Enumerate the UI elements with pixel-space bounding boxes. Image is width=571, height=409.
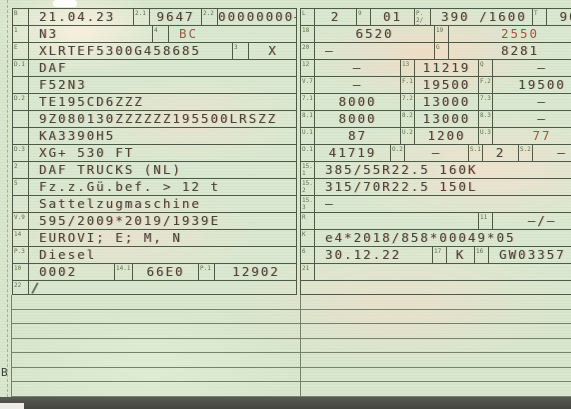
- table-row: 630.12.2217K16GW03357: [301, 247, 571, 264]
- field-value: Sattelzugmaschine: [29, 196, 297, 212]
- table-row: 1N34BC: [13, 26, 296, 43]
- field-label: 7.3: [479, 94, 493, 110]
- field-value: 2: [315, 9, 357, 25]
- field-value: 90: [547, 9, 571, 25]
- table-row: 12–1311219Q–: [301, 60, 571, 77]
- field-value: –: [493, 60, 571, 76]
- table-row: Ke4*2018/858*00049*05: [301, 230, 571, 247]
- field-value: 12902: [215, 264, 297, 280]
- scan-edge-shadow: [0, 397, 571, 409]
- vehicle-data-table-right: L2901P.2/P.4390 /1600T9018652019255020–G…: [300, 8, 571, 281]
- table-row: 8.180008.2130008.3–: [301, 111, 571, 128]
- field-label: T: [533, 9, 547, 25]
- field-value: 00000000–: [218, 9, 297, 25]
- ruled-line-row: [12, 295, 571, 310]
- field-label: 19: [435, 26, 449, 42]
- field-value: DAF TRUCKS (NL): [29, 162, 297, 178]
- field-label: B: [13, 9, 29, 25]
- table-row: V.7–F.119500F.219500: [301, 77, 571, 94]
- field-value: 6520: [315, 26, 435, 42]
- field-value: [315, 264, 571, 280]
- field-label: [13, 111, 29, 127]
- table-row: KA3390H5: [13, 128, 296, 145]
- table-row: 20–G8281: [301, 43, 571, 60]
- field-label: Q: [479, 60, 493, 76]
- field-value: 77: [493, 128, 571, 144]
- table-row: O.141719O.2–S.12S.2–: [301, 145, 571, 162]
- table-row: 10000214.166E0P.112902: [13, 264, 296, 281]
- field-label: O.1: [301, 145, 315, 161]
- field-label: 16: [475, 247, 489, 263]
- field-value: F52N3: [29, 77, 297, 93]
- field-value: 9647: [150, 9, 202, 25]
- field-label: U.1: [301, 128, 315, 144]
- ruled-line-row: [12, 310, 571, 325]
- field-label: U.2: [401, 128, 415, 144]
- field-value: 13000: [415, 111, 479, 127]
- field-label: 2.2: [202, 9, 218, 25]
- remarks-row-right: [300, 281, 571, 295]
- field-label: U.3: [479, 128, 493, 144]
- field-value: 390 /1600: [431, 9, 533, 25]
- scan-highlight: [53, 0, 77, 7]
- field-label: 21: [301, 264, 315, 280]
- field-label: S.2: [519, 145, 533, 161]
- field-label: 2.1: [134, 9, 150, 25]
- field-label: 20: [301, 43, 315, 59]
- field-label: [13, 196, 29, 212]
- field-value: 11219: [415, 60, 479, 76]
- field-value: Fz.z.Gü.bef. > 12 t: [29, 179, 297, 195]
- table-row: 5Fz.z.Gü.bef. > 12 t: [13, 179, 296, 196]
- ruled-line-row: [12, 324, 571, 339]
- scan-edge-corner: [0, 403, 24, 409]
- field-value: 8000: [315, 94, 401, 110]
- field-value: DAF: [29, 60, 297, 76]
- table-row: 186520192550: [301, 26, 571, 43]
- field-value: 2550: [449, 26, 571, 42]
- ruled-line-row: [12, 382, 571, 397]
- table-row: 14EUROVI; E; M, N: [13, 230, 296, 247]
- field-value: 66E0: [133, 264, 199, 280]
- field-label: 15.2: [301, 179, 315, 195]
- field-label: F.2: [479, 77, 493, 93]
- field-value: XLRTEF5300G458685: [29, 43, 233, 59]
- field-label: 13: [401, 60, 415, 76]
- field-value: –: [315, 196, 571, 212]
- field-label: R: [301, 213, 315, 229]
- registration-document-scan: B21.04.232.196472.200000000–1N34BCEXLRTE…: [0, 0, 571, 409]
- field-label: 14.1: [115, 264, 133, 280]
- field-label: 2: [13, 162, 29, 178]
- field-label: P.2/P.4: [415, 9, 431, 25]
- field-label: 14: [13, 230, 29, 246]
- field-value: GW03357: [489, 247, 571, 263]
- field-label: L: [301, 9, 315, 25]
- field-label: 15.1: [301, 162, 315, 178]
- field-value: 41719: [315, 145, 391, 161]
- field-label: S.1: [469, 145, 483, 161]
- field-label: 8.1: [301, 111, 315, 127]
- field-value: 9Z080130ZZZZZZ195500LRSZZ: [29, 111, 297, 127]
- field-value: 87: [315, 128, 401, 144]
- field-label: [13, 128, 29, 144]
- field-label: 4: [153, 26, 169, 42]
- field-label: 9: [357, 9, 371, 25]
- field-value: 01: [371, 9, 415, 25]
- field-value: K: [447, 247, 475, 263]
- table-row: 9Z080130ZZZZZZ195500LRSZZ: [13, 111, 296, 128]
- field-label: V.7: [301, 77, 315, 93]
- field-value: XG+ 530 FT: [29, 145, 297, 161]
- table-row: 7.180007.2130007.3–: [301, 94, 571, 111]
- empty-ruled-rows: [11, 295, 571, 397]
- field-label: E: [13, 43, 29, 59]
- ruled-line-row: [12, 368, 571, 383]
- field-label: 11: [479, 213, 493, 229]
- field-label: 1: [13, 26, 29, 42]
- table-row: D.3XG+ 530 FT: [13, 145, 296, 162]
- field-value: 19500: [415, 77, 479, 93]
- table-row: 2DAF TRUCKS (NL): [13, 162, 296, 179]
- field-label: 10: [13, 264, 29, 280]
- field-value: –: [533, 145, 571, 161]
- field-value: 8000: [315, 111, 401, 127]
- table-row: 15.1385/55R22.5 160K: [301, 162, 571, 179]
- field-label: O.2: [391, 145, 405, 161]
- field-value: BC: [169, 26, 297, 42]
- field-value: –: [493, 111, 571, 127]
- field-label: 7.1: [301, 94, 315, 110]
- field-value: 13000: [415, 94, 479, 110]
- column-divider-line: [300, 295, 301, 397]
- ruled-line-row: [12, 339, 571, 354]
- field-label: K: [301, 230, 315, 246]
- field-value: –: [405, 145, 469, 161]
- table-row: R11–/–: [301, 213, 571, 230]
- field-label: D.2: [13, 94, 29, 110]
- field-value: –: [315, 60, 401, 76]
- field-value: 19500: [493, 77, 571, 93]
- page-fold-edge: [7, 0, 8, 397]
- field-value: 2: [483, 145, 519, 161]
- ruled-line-row: [12, 353, 571, 368]
- field-label: 18: [301, 26, 315, 42]
- field-label: 5: [13, 179, 29, 195]
- field-label: 3: [233, 43, 249, 59]
- field-value: 1200: [415, 128, 479, 144]
- field-value: X: [249, 43, 297, 59]
- field-value: e4*2018/858*00049*05: [315, 230, 571, 246]
- field-value: –: [493, 94, 571, 110]
- remarks-row-left: 22: [12, 281, 297, 295]
- table-row: V.9595/2009*2019/1939E: [13, 213, 296, 230]
- vehicle-data-table-left: B21.04.232.196472.200000000–1N34BCEXLRTE…: [12, 8, 297, 281]
- table-row: U.187U.21200U.377: [301, 128, 571, 145]
- field-value: 315/70R22.5 150L: [315, 179, 571, 195]
- field-value: TE195CD6ZZZ: [29, 94, 297, 110]
- field-value: 595/2009*2019/1939E: [29, 213, 297, 229]
- table-row: L2901P.2/P.4390 /1600T90: [301, 9, 571, 26]
- field-value: 8281: [449, 43, 571, 59]
- field-label: 8.3: [479, 111, 493, 127]
- field-label: F.1: [401, 77, 415, 93]
- field-label: 17: [433, 247, 447, 263]
- table-row: 21: [301, 264, 571, 281]
- field-label: 8.2: [401, 111, 415, 127]
- table-row: F52N3: [13, 77, 296, 94]
- field-label: 22: [13, 281, 29, 294]
- field-value: –/–: [493, 213, 571, 229]
- field-value: 385/55R22.5 160K: [315, 162, 571, 178]
- field-label: G: [435, 43, 449, 59]
- table-row: D.2TE195CD6ZZZ: [13, 94, 296, 111]
- table-row: 15.2315/70R22.5 150L: [301, 179, 571, 196]
- field-label: 12: [301, 60, 315, 76]
- table-row: 15.3–: [301, 196, 571, 213]
- field-value: 21.04.23: [29, 9, 134, 25]
- field-label: 15.3: [301, 196, 315, 212]
- field-label: 7.2: [401, 94, 415, 110]
- table-row: B21.04.232.196472.200000000–: [13, 9, 296, 26]
- field-value: EUROVI; E; M, N: [29, 230, 297, 246]
- field-label: D.1: [13, 60, 29, 76]
- table-row: D.1DAF: [13, 60, 296, 77]
- table-row: Sattelzugmaschine: [13, 196, 296, 213]
- field-value: Diesel: [29, 247, 297, 263]
- field-value: 30.12.22: [315, 247, 433, 263]
- field-value: 0002: [29, 264, 115, 280]
- field-value: –: [315, 77, 401, 93]
- table-row: EXLRTEF5300G4586853X: [13, 43, 296, 60]
- field-label: D.3: [13, 145, 29, 161]
- field-label: [13, 77, 29, 93]
- field-label: P.1: [199, 264, 215, 280]
- field-value: –: [315, 43, 435, 59]
- field-value: KA3390H5: [29, 128, 297, 144]
- field-label: 6: [301, 247, 315, 263]
- field-value: N3: [29, 26, 153, 42]
- table-row: P.3Diesel: [13, 247, 296, 264]
- field-value: [315, 213, 479, 229]
- field-label: P.3: [13, 247, 29, 263]
- stray-mark: B: [1, 366, 8, 379]
- field-label: V.9: [13, 213, 29, 229]
